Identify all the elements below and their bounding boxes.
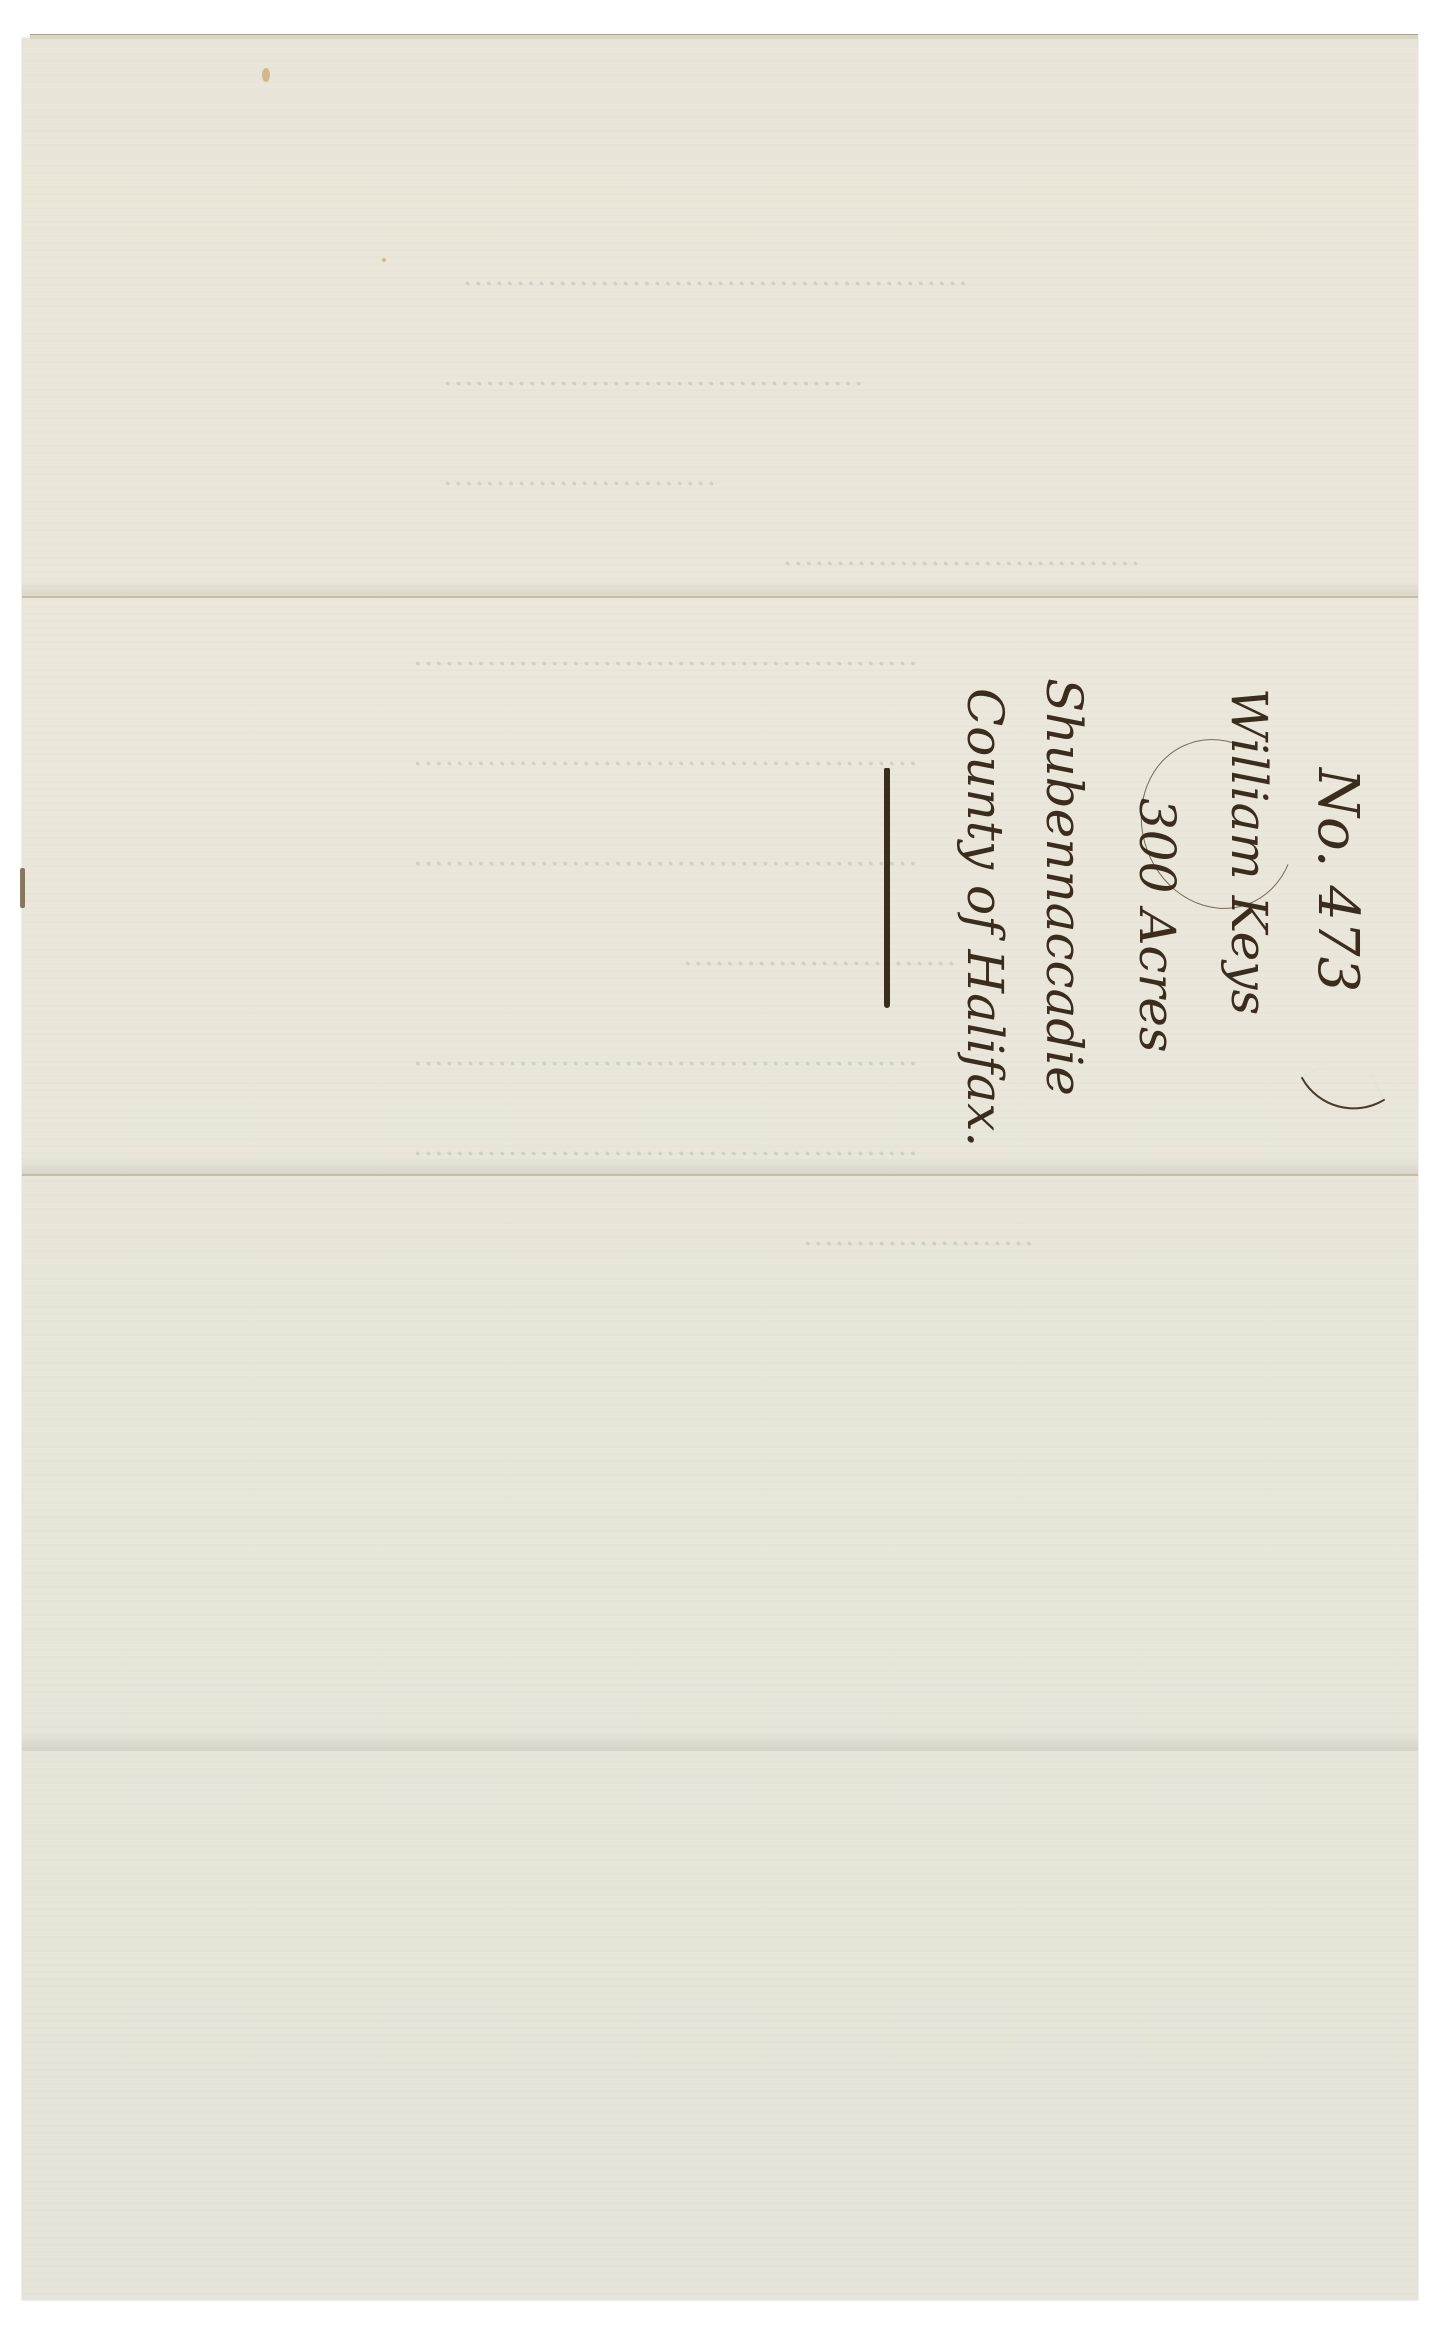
closing-flourish-line <box>884 768 890 1008</box>
ink-stain <box>262 68 270 82</box>
bleed-through-text: ...................... <box>802 1218 1034 1253</box>
bleed-through-text: .......................... <box>442 458 716 493</box>
ink-stain <box>382 258 386 262</box>
number-flourish <box>1301 1047 1386 1132</box>
fold-crease <box>22 1743 1418 1757</box>
fold-crease <box>22 590 1418 604</box>
paper-top-edge <box>30 34 1418 39</box>
bleed-through-text: .................................. <box>782 538 1140 573</box>
grantee-name: William Keys <box>1224 688 1274 1015</box>
bleed-through-text: ........................................ <box>442 358 863 393</box>
acreage: 300 Acres <box>1132 798 1182 1053</box>
location: Shubennaccadie <box>1039 678 1089 1096</box>
document-page: ........................................… <box>22 38 1418 2300</box>
ink-stain <box>20 868 25 908</box>
county: County of Halifax. <box>960 688 1010 1147</box>
bleed-through-text: ........................................… <box>462 258 968 293</box>
docket-endorsement: No. 473 William Keys 300 Acres Shubennac… <box>842 638 1382 1178</box>
docket-number: No. 473 <box>1309 768 1365 992</box>
